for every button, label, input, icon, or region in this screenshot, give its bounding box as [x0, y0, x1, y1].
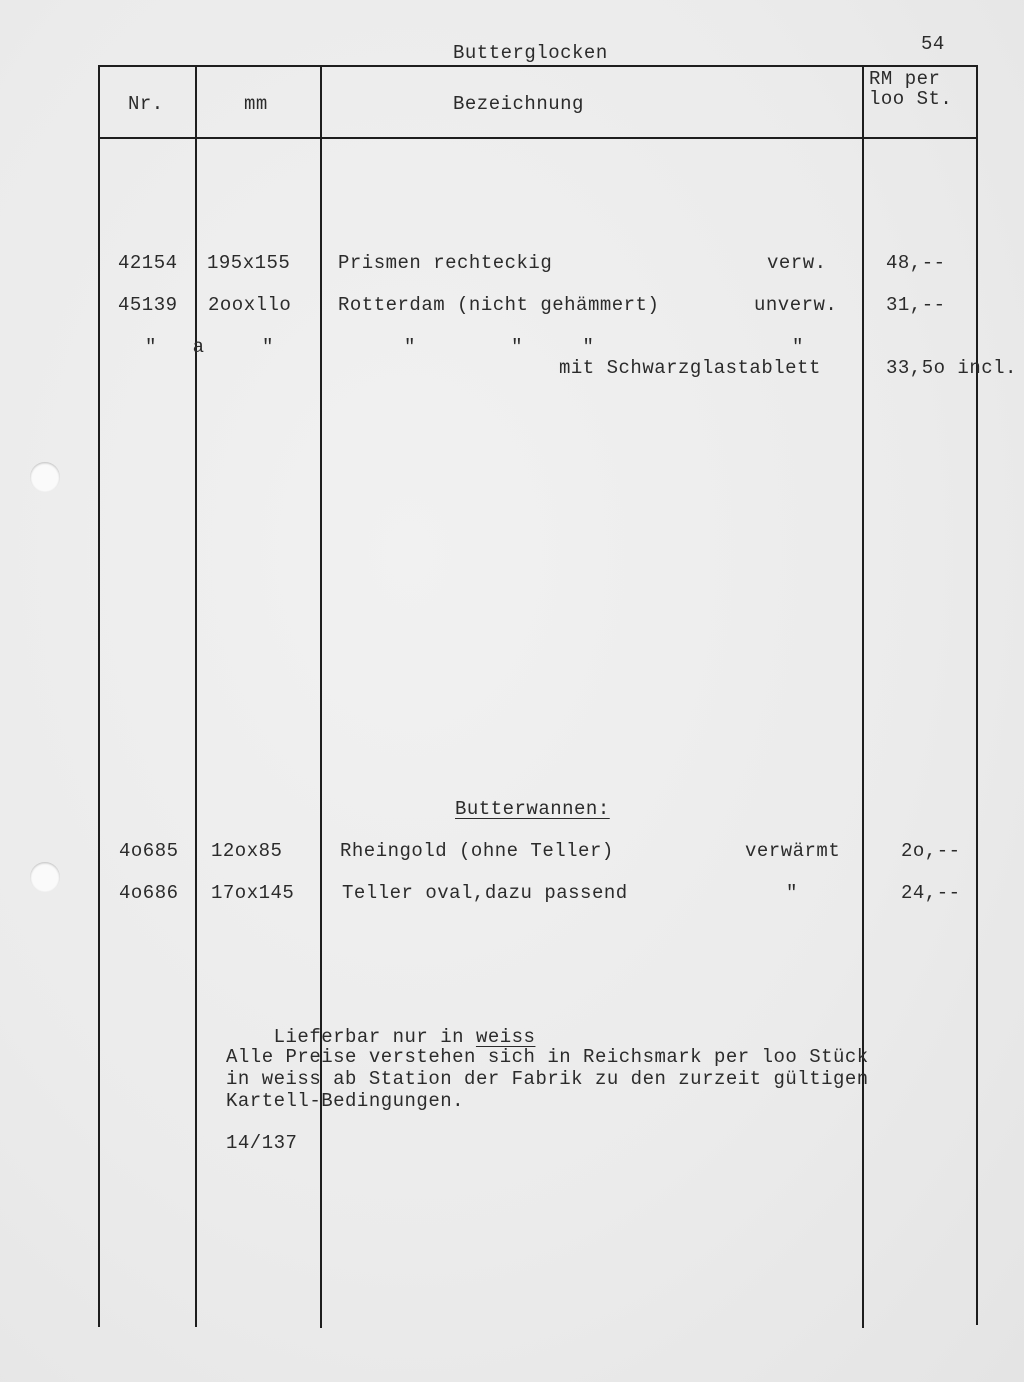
header-price-line1: RM per — [869, 68, 940, 90]
terms-line-1: Alle Preise verstehen sich in Reichsmark… — [226, 1046, 869, 1068]
cell-desc-line2: mit Schwarzglastablett — [559, 357, 821, 379]
cell-mm: 195x155 — [207, 252, 290, 274]
cell-nr: 4o686 — [119, 882, 179, 904]
availability-emphasis: weiss — [476, 1026, 536, 1048]
section-title-butterwannen: Butterwannen: — [455, 798, 610, 820]
header-nr: Nr. — [128, 93, 164, 115]
cell-mm: " — [262, 336, 274, 358]
punch-hole-bottom — [30, 862, 60, 892]
document-page: Butterglocken 54 Nr. mm Bezeichnung RM p… — [0, 0, 1024, 1382]
cell-price: 2o,-- — [901, 840, 961, 862]
cell-desc: " " " — [404, 336, 594, 358]
catalog-reference: 14/137 — [226, 1132, 297, 1154]
punch-hole-top — [30, 462, 60, 492]
cell-nr: " a — [145, 336, 205, 358]
cell-desc: Rotterdam (nicht gehämmert) — [338, 294, 659, 316]
cell-desc: Teller oval,dazu passend — [342, 882, 628, 904]
page-title: Butterglocken — [453, 42, 608, 64]
cell-note: verwärmt — [745, 840, 840, 862]
page-number: 54 — [921, 33, 945, 55]
cell-note: verw. — [767, 252, 827, 274]
table-header-bottom-border — [98, 137, 978, 139]
cell-nr: 4o685 — [119, 840, 179, 862]
cell-nr: 45139 — [118, 294, 178, 316]
cell-mm: 2ooxllo — [208, 294, 291, 316]
cell-price: 48,-- — [886, 252, 946, 274]
cell-price: 24,-- — [901, 882, 961, 904]
cell-desc: Prismen rechteckig — [338, 252, 552, 274]
cell-price: 33,5o incl. — [886, 357, 1017, 379]
cell-mm: 12ox85 — [211, 840, 282, 862]
header-bezeichnung: Bezeichnung — [453, 93, 584, 115]
column-divider-nr-mm — [195, 65, 197, 1327]
cell-nr: 42154 — [118, 252, 178, 274]
cell-note: " — [792, 336, 804, 358]
cell-mm: 17ox145 — [211, 882, 294, 904]
column-divider-mm-bezeichnung — [320, 65, 322, 1328]
cell-note: " — [786, 882, 798, 904]
column-divider-left-edge — [98, 65, 100, 1327]
terms-line-3: Kartell-Bedingungen. — [226, 1090, 464, 1112]
header-price-line2: loo St. — [869, 88, 952, 110]
cell-price: 31,-- — [886, 294, 946, 316]
column-divider-right-edge — [976, 65, 978, 1325]
table-top-border — [98, 65, 978, 67]
header-mm: mm — [244, 93, 268, 115]
column-divider-bezeichnung-price — [862, 65, 864, 1328]
cell-note: unverw. — [754, 294, 837, 316]
availability-prefix: Lieferbar nur in — [274, 1026, 476, 1048]
cell-desc: Rheingold (ohne Teller) — [340, 840, 614, 862]
terms-line-2: in weiss ab Station der Fabrik zu den zu… — [226, 1068, 869, 1090]
